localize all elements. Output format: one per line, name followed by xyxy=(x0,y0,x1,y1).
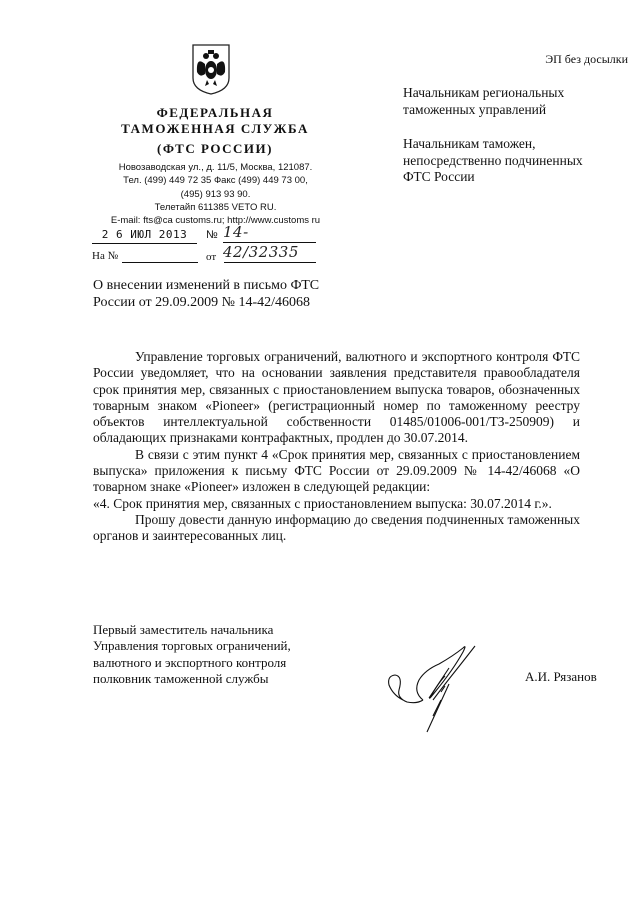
org-name-line2: ТАМОЖЕННАЯ СЛУЖБА xyxy=(95,120,335,137)
handwritten-signature-icon xyxy=(383,640,483,735)
from-label: от xyxy=(206,251,216,263)
subject-line: России от 29.09.2009 № 14-42/46068 xyxy=(93,294,353,311)
address-line: Новозаводская ул., д. 11/5, Москва, 1210… xyxy=(88,161,343,174)
signatory-title: Первый заместитель начальника Управления… xyxy=(93,622,291,687)
body-paragraph: Прошу довести данную информацию до сведе… xyxy=(93,512,580,545)
signatory-name: А.И. Рязанов xyxy=(525,669,597,685)
reply-to-field xyxy=(122,262,198,263)
number-label: № xyxy=(206,229,218,241)
signatory-title-line: полковник таможенной службы xyxy=(93,671,291,687)
russian-coat-of-arms-icon xyxy=(190,42,232,96)
phone-line: (495) 913 93 90. xyxy=(88,188,343,201)
registration-date-stamp: 2 6 ИЮЛ 2013 xyxy=(92,227,197,244)
body-paragraph: Управление торговых ограничений, валютно… xyxy=(93,349,580,447)
from-field xyxy=(224,262,316,263)
reply-to-label: На № xyxy=(92,250,118,262)
addressee-line: таможенных управлений xyxy=(403,102,564,119)
phone-line: Тел. (499) 449 72 35 Факс (499) 449 73 0… xyxy=(88,174,343,187)
org-name-short: (ФТС РОССИИ) xyxy=(95,140,335,157)
signatory-title-line: Первый заместитель начальника xyxy=(93,622,291,638)
addressee-regional: Начальникам региональных таможенных упра… xyxy=(403,85,564,118)
distribution-mark: ЭП без досылки xyxy=(545,52,628,67)
addressee-customs: Начальникам таможен, непосредственно под… xyxy=(403,136,583,186)
addressee-line: Начальникам региональных xyxy=(403,85,564,102)
org-address: Новозаводская ул., д. 11/5, Москва, 1210… xyxy=(88,161,343,227)
addressee-line: непосредственно подчиненных xyxy=(403,153,583,170)
letter-body: Управление торговых ограничений, валютно… xyxy=(93,349,580,545)
addressee-line: ФТС России xyxy=(403,169,583,186)
letter-subject: О внесении изменений в письмо ФТС России… xyxy=(93,277,353,311)
teletype-line: Телетайп 611385 VETO RU. xyxy=(88,201,343,214)
signatory-title-line: Управления торговых ограничений, xyxy=(93,638,291,654)
org-name-line1: ФЕДЕРАЛЬНАЯ xyxy=(95,104,335,121)
registration-number: 14-42/32335 xyxy=(223,222,316,243)
addressee-line: Начальникам таможен, xyxy=(403,136,583,153)
body-paragraph: В связи с этим пункт 4 «Срок принятия ме… xyxy=(93,447,580,496)
subject-line: О внесении изменений в письмо ФТС xyxy=(93,277,353,294)
body-quote: «4. Срок принятия мер, связанных с приос… xyxy=(93,496,580,512)
signatory-title-line: валютного и экспортного контроля xyxy=(93,655,291,671)
